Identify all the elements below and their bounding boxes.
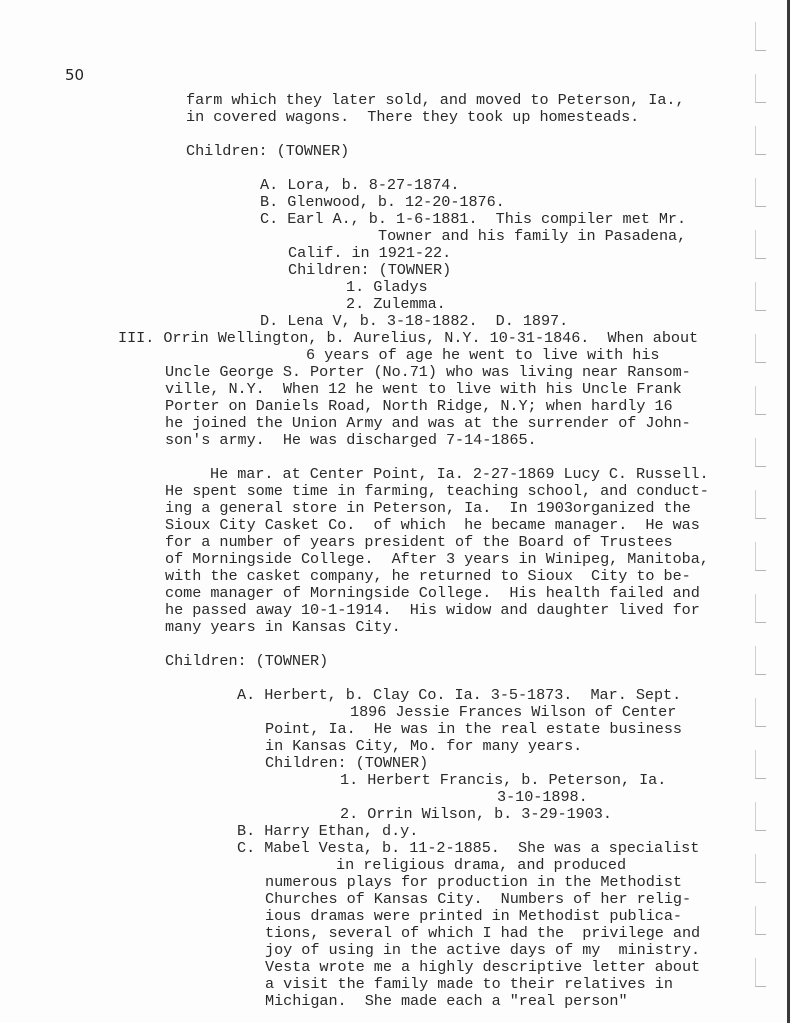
text-line: of Morningside College. After 3 years in…: [165, 551, 709, 568]
text-line: D. Lena V, b. 3-18-1882. D. 1897.: [260, 313, 568, 330]
text-line: 6 years of age he went to live with his: [306, 347, 660, 364]
text-line: 1. Gladys: [346, 279, 428, 296]
text-line: in Kansas City, Mo. for many years.: [265, 738, 582, 755]
text-line: 1896 Jessie Frances Wilson of Center: [350, 704, 676, 721]
margin-bracket-mark: [755, 958, 766, 987]
text-line: Churches of Kansas City. Numbers of her …: [265, 891, 691, 908]
text-line: 1. Herbert Francis, b. Peterson, Ia.: [340, 772, 666, 789]
text-line: Calif. in 1921-22.: [288, 245, 451, 262]
text-line: Children: (TOWNER): [186, 143, 349, 160]
text-line: Uncle George S. Porter (No.71) who was l…: [165, 364, 691, 381]
margin-bracket-mark: [755, 438, 766, 467]
text-line: Children: (TOWNER): [265, 755, 428, 772]
text-line: He spent some time in farming, teaching …: [165, 483, 709, 500]
margin-bracket-mark: [755, 74, 766, 103]
text-line: 3-10-1898.: [497, 789, 588, 806]
text-line: ing a general store in Peterson, Ia. In …: [165, 500, 691, 517]
text-line: ville, N.Y. When 12 he went to live with…: [165, 381, 682, 398]
text-line: he passed away 10-1-1914. His widow and …: [165, 602, 700, 619]
margin-bracket-mark: [755, 542, 766, 571]
text-line: Sioux City Casket Co. of which he became…: [165, 517, 700, 534]
margin-bracket-mark: [755, 594, 766, 623]
text-line: numerous plays for production in the Met…: [265, 874, 682, 891]
page-number: 50: [65, 66, 84, 84]
margin-bracket-mark: [755, 802, 766, 831]
margin-bracket-mark: [755, 646, 766, 675]
margin-bracket-mark: [755, 386, 766, 415]
text-line: 2. Zulemma.: [346, 296, 446, 313]
text-line: Point, Ia. He was in the real estate bus…: [265, 721, 682, 738]
text-line: son's army. He was discharged 7-14-1865.: [165, 432, 537, 449]
margin-bracket-mark: [755, 698, 766, 727]
text-line: for a number of years president of the B…: [165, 534, 673, 551]
text-line: III. Orrin Wellington, b. Aurelius, N.Y.…: [118, 330, 698, 347]
margin-bracket-mark: [755, 334, 766, 363]
text-line: Vesta wrote me a highly descriptive lett…: [265, 959, 700, 976]
text-line: He mar. at Center Point, Ia. 2-27-1869 L…: [210, 466, 709, 483]
margin-bracket-mark: [755, 126, 766, 155]
text-line: in religious drama, and produced: [336, 857, 626, 874]
text-line: come manager of Morningside College. His…: [165, 585, 700, 602]
text-line: A. Lora, b. 8-27-1874.: [260, 177, 459, 194]
text-line: Towner and his family in Pasadena,: [378, 228, 686, 245]
text-line: with the casket company, he returned to …: [165, 568, 691, 585]
text-line: ious dramas were printed in Methodist pu…: [265, 908, 682, 925]
margin-bracket-mark: [755, 178, 766, 207]
margin-bracket-mark: [755, 854, 766, 883]
text-line: Children: (TOWNER): [165, 653, 328, 670]
margin-bracket-mark: [755, 750, 766, 779]
margin-bracket-mark: [755, 906, 766, 935]
text-line: 2. Orrin Wilson, b. 3-29-1903.: [340, 806, 612, 823]
text-line: farm which they later sold, and moved to…: [186, 92, 685, 109]
text-line: A. Herbert, b. Clay Co. Ia. 3-5-1873. Ma…: [237, 687, 681, 704]
margin-bracket-mark: [755, 282, 766, 311]
margin-bracket-mark: [755, 22, 766, 51]
text-line: joy of using in the active days of my mi…: [265, 942, 700, 959]
text-line: C. Earl A., b. 1-6-1881. This compiler m…: [260, 211, 686, 228]
text-line: many years in Kansas City.: [165, 619, 401, 636]
text-line: B. Harry Ethan, d.y.: [237, 823, 418, 840]
text-line: tions, several of which I had the privil…: [265, 925, 700, 942]
text-line: Porter on Daniels Road, North Ridge, N.Y…: [165, 398, 673, 415]
text-line: he joined the Union Army and was at the …: [165, 415, 691, 432]
text-line: a visit the family made to their relativ…: [265, 976, 673, 993]
text-line: Michigan. She made each a "real person": [265, 993, 628, 1010]
page-right-edge: [787, 0, 790, 1023]
text-line: C. Mabel Vesta, b. 11-2-1885. She was a …: [237, 840, 699, 857]
document-page: 50 farm which they later sold, and moved…: [0, 0, 791, 1023]
margin-bracket-mark: [755, 230, 766, 259]
text-line: Children: (TOWNER): [288, 262, 451, 279]
margin-bracket-mark: [755, 490, 766, 519]
text-line: in covered wagons. There they took up ho…: [186, 109, 639, 126]
text-line: B. Glenwood, b. 12-20-1876.: [260, 194, 505, 211]
